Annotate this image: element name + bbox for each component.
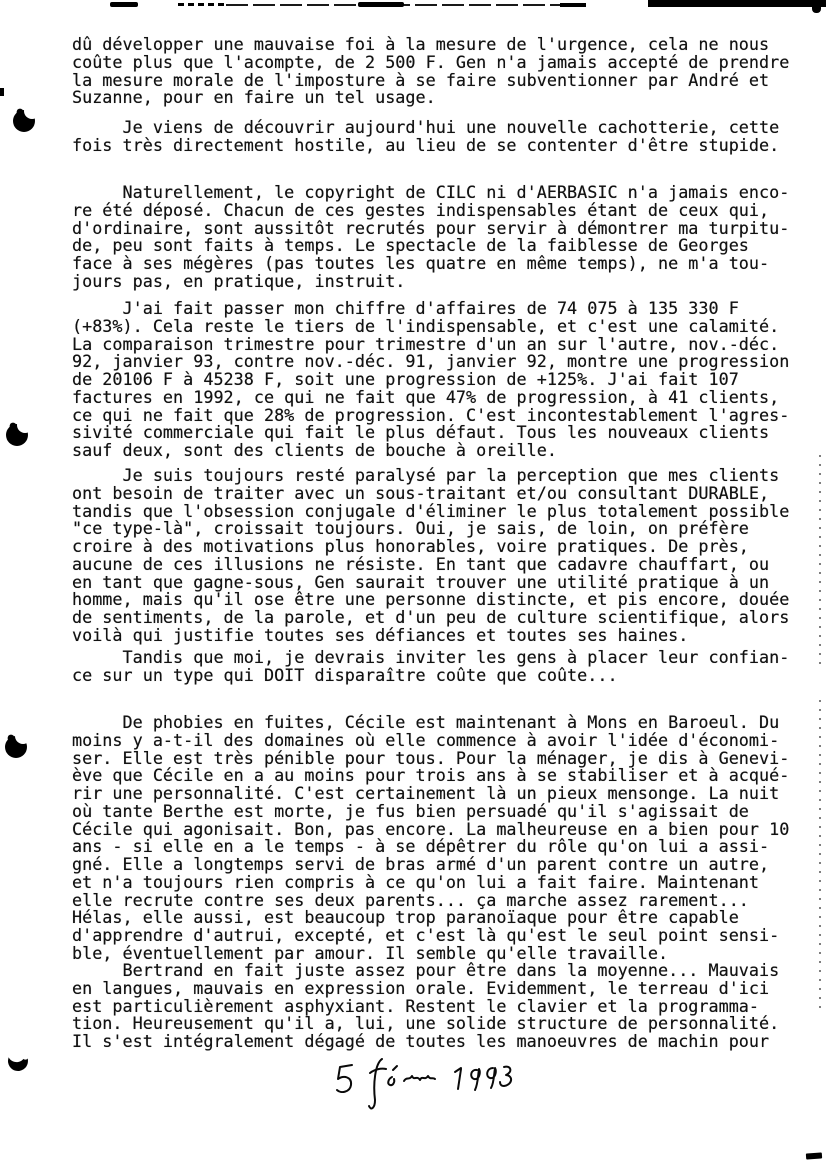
scanned-letter-page: dû développer une mauvaise foi à la mesu… (0, 0, 826, 1169)
paragraph-chiffre-affaires: J'ai fait passer mon chiffre d'affaires … (72, 300, 788, 460)
ink-blot-mark (4, 732, 30, 760)
scan-artifact-top-edge (178, 3, 226, 6)
paragraph-confiance: Tandis que moi, je devrais inviter les g… (72, 649, 788, 685)
paragraph-bertrand: Bertrand en fait juste assez pour être d… (72, 962, 788, 1051)
scan-artifact-left-edge (0, 88, 4, 96)
scan-artifact-bottom-right (806, 1152, 822, 1159)
scan-artifact-top-edge (560, 3, 586, 7)
ink-blot-mark (12, 106, 38, 134)
scan-artifact-right-edge-dots (819, 455, 821, 665)
paragraph-cecile: De phobies en fuites, Cécile est mainten… (72, 714, 788, 963)
scan-artifact-top-edge (648, 0, 826, 7)
paragraph-copyright: Naturellement, le copyright de CILC ni d… (72, 184, 788, 291)
handwritten-date-strokes (328, 1056, 543, 1116)
scan-artifact-right-edge-dots (819, 700, 821, 1010)
ink-blot-mark (5, 420, 31, 448)
paragraph-cachotterie: Je viens de découvrir aujourd'hui une no… (72, 119, 788, 155)
scan-artifact-top-edge (110, 2, 138, 7)
paragraph-urgence: dû développer une mauvaise foi à la mesu… (72, 36, 788, 107)
ink-blot-mark (2, 1046, 34, 1076)
handwritten-date (328, 1056, 543, 1116)
scan-artifact-top-edge (812, 7, 821, 13)
paragraph-clients: Je suis toujours resté paralysé par la p… (72, 467, 788, 645)
scan-artifact-top-edge (358, 2, 404, 7)
